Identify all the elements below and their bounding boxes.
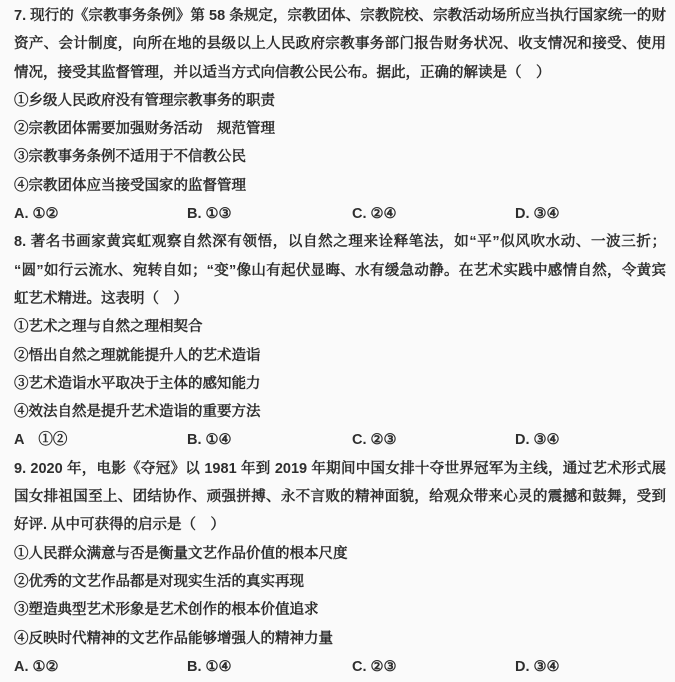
- question-9: 9. 2020 年，电影《夺冠》以 1981 年到 2019 年期间中国女排十夺…: [14, 455, 666, 681]
- choice-b: B. ①④: [187, 426, 352, 454]
- choice-a: A ①②: [14, 426, 187, 454]
- option-item-1: ①人民群众满意与否是衡量文艺作品价值的根本尺度: [14, 540, 666, 568]
- option-item-1: ①乡级人民政府没有管理宗教事务的职责: [14, 87, 666, 115]
- exam-page: 7. 现行的《宗教事务条例》第 58 条规定，宗教团体、宗教院校、宗教活动场所应…: [0, 0, 675, 682]
- option-item-3: ③艺术造诣水平取决于主体的感知能力: [14, 370, 666, 398]
- choice-c: C. ②③: [352, 426, 515, 454]
- answer-choices-row: A. ①② B. ①③ C. ②④ D. ③④: [14, 200, 666, 228]
- choice-b: B. ①③: [187, 200, 352, 228]
- answer-choices-row: A ①② B. ①④ C. ②③ D. ③④: [14, 426, 666, 454]
- choice-b: B. ①④: [187, 653, 352, 681]
- option-item-4: ④反映时代精神的文艺作品能够增强人的精神力量: [14, 625, 666, 653]
- choice-d: D. ③④: [515, 426, 666, 454]
- choice-c: C. ②④: [352, 200, 515, 228]
- choice-a: A. ①②: [14, 653, 187, 681]
- option-item-4: ④宗教团体应当接受国家的监督管理: [14, 172, 666, 200]
- answer-choices-row: A. ①② B. ①④ C. ②③ D. ③④: [14, 653, 666, 681]
- question-stem-line: 好评. 从中可获得的启示是（ ）: [14, 511, 666, 539]
- question-stem-line: 虹艺术精进。这表明（ ）: [14, 285, 666, 313]
- choice-d: D. ③④: [515, 200, 666, 228]
- question-stem-line: 资产、会计制度，向所在地的县级以上人民政府宗教事务部门报告财务状况、收支情况和接…: [14, 30, 666, 58]
- question-stem-line: 情况，接受其监督管理，并以适当方式向信教公民公布。据此，正确的解读是（ ）: [14, 59, 666, 87]
- question-stem-line: 8. 著名书画家黄宾虹观察自然深有领悟，以自然之理来诠释笔法，如“平”似风吹水动…: [14, 228, 666, 256]
- option-item-4: ④效法自然是提升艺术造诣的重要方法: [14, 398, 666, 426]
- choice-a: A. ①②: [14, 200, 187, 228]
- question-7: 7. 现行的《宗教事务条例》第 58 条规定，宗教团体、宗教院校、宗教活动场所应…: [14, 2, 666, 228]
- option-item-1: ①艺术之理与自然之理相契合: [14, 313, 666, 341]
- question-stem-line: “圆”如行云流水、宛转自如；“变”像山有起伏显晦、水有缓急动静。在艺术实践中感情…: [14, 257, 666, 285]
- option-item-3: ③宗教事务条例不适用于不信教公民: [14, 143, 666, 171]
- option-item-2: ②优秀的文艺作品都是对现实生活的真实再现: [14, 568, 666, 596]
- question-8: 8. 著名书画家黄宾虹观察自然深有领悟，以自然之理来诠释笔法，如“平”似风吹水动…: [14, 228, 666, 454]
- option-item-3: ③塑造典型艺术形象是艺术创作的根本价值追求: [14, 596, 666, 624]
- question-stem-line: 7. 现行的《宗教事务条例》第 58 条规定，宗教团体、宗教院校、宗教活动场所应…: [14, 2, 666, 30]
- option-item-2: ②宗教团体需要加强财务活动 规范管理: [14, 115, 666, 143]
- choice-d: D. ③④: [515, 653, 666, 681]
- question-stem-line: 国女排祖国至上、团结协作、顽强拼搏、永不言败的精神面貌，给观众带来心灵的震撼和鼓…: [14, 483, 666, 511]
- question-stem-line: 9. 2020 年，电影《夺冠》以 1981 年到 2019 年期间中国女排十夺…: [14, 455, 666, 483]
- option-item-2: ②悟出自然之理就能提升人的艺术造诣: [14, 342, 666, 370]
- choice-c: C. ②③: [352, 653, 515, 681]
